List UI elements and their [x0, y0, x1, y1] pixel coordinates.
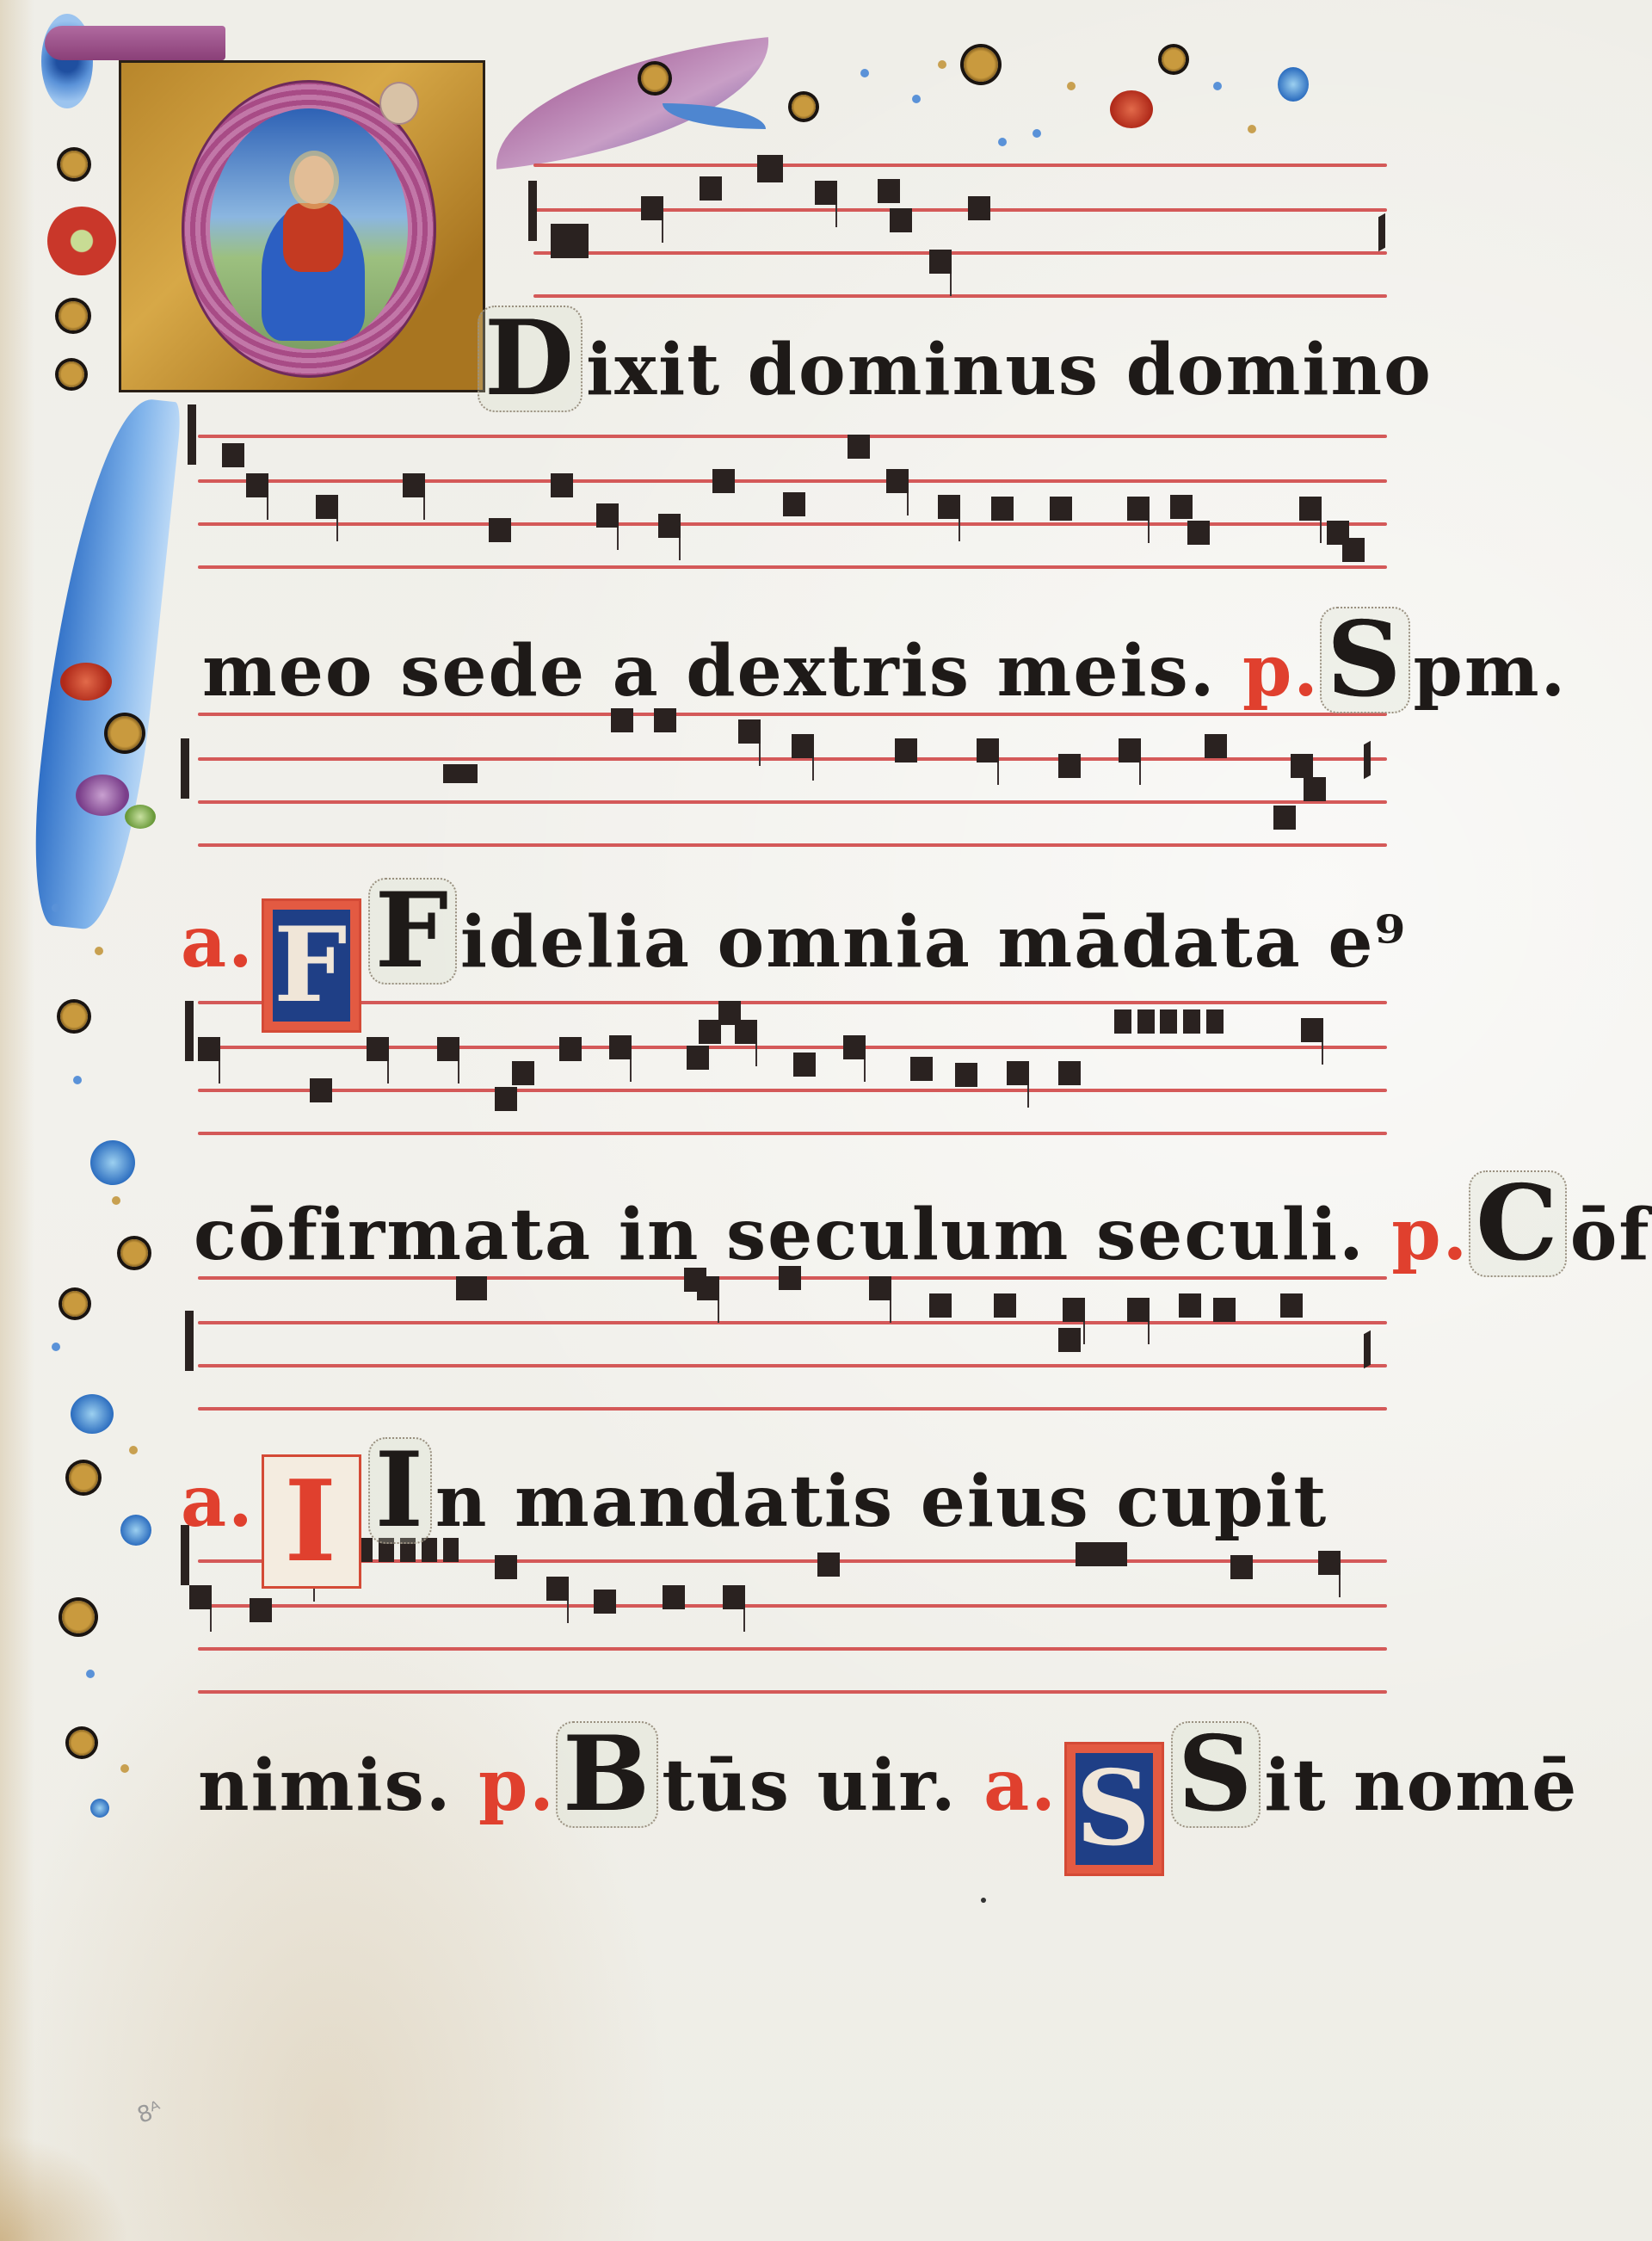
neume [700, 176, 722, 201]
god-the-father-face [379, 82, 419, 125]
neume [658, 514, 681, 538]
neume [198, 1037, 220, 1061]
cadel-initial: D [478, 306, 583, 412]
neume [551, 473, 573, 497]
gold-floret [112, 1196, 120, 1205]
music-staff-1 [533, 164, 1387, 301]
blue-floret [1032, 129, 1041, 138]
gold-bezant-ornament [60, 1003, 88, 1030]
neume [443, 764, 478, 783]
blue-green-bud-ornament [1278, 67, 1309, 102]
neume [189, 1585, 212, 1609]
neume [869, 1276, 891, 1300]
latin-text: tūs uir. [662, 1744, 957, 1827]
neume [1179, 1293, 1201, 1318]
latin-text: cōfirmata in seculum seculi. [194, 1194, 1365, 1276]
neume [310, 1078, 332, 1102]
christ-tunic [283, 203, 343, 272]
neume [1280, 1293, 1303, 1318]
red-rose-ornament [47, 207, 116, 275]
neume [1213, 1298, 1236, 1322]
neume [246, 473, 268, 497]
neume [1291, 754, 1313, 778]
neume [697, 1276, 719, 1300]
latin-text: idelia omnia mādata e⁹ [460, 901, 1408, 984]
gold-bezant-ornament [108, 716, 142, 750]
blue-floret [998, 138, 1007, 146]
cadel-initial: I [368, 1437, 432, 1544]
blue-floret [86, 1670, 95, 1678]
neume [250, 1598, 272, 1622]
neume [757, 155, 783, 182]
gold-floret [1248, 125, 1256, 133]
latin-text: ixit dominus domino [586, 329, 1433, 411]
neume [955, 1063, 977, 1087]
historiated-initial-d [119, 60, 485, 392]
gold-bezant-ornament [69, 1730, 95, 1756]
neume [559, 1037, 582, 1061]
neume [1007, 1061, 1029, 1085]
neume [1063, 1298, 1085, 1322]
blue-globe-ornament [90, 1140, 135, 1185]
blue-floret [912, 95, 921, 103]
neume [222, 443, 244, 467]
red-blue-fruit-ornament [1110, 90, 1153, 128]
latin-text: nimis. [198, 1744, 452, 1827]
rubric-antiphon-marker: a. [181, 901, 255, 984]
neume [793, 1053, 816, 1077]
neume [910, 1057, 933, 1081]
neume [687, 1046, 709, 1070]
gold-bezant-ornament [964, 47, 998, 82]
cadel-initial: S [1171, 1721, 1261, 1828]
neume [929, 250, 952, 274]
text-line-6: nimis. p.Btūs uir. a.SSit nomē [198, 1721, 1578, 1876]
c-clef [185, 1311, 194, 1371]
neume [938, 495, 960, 519]
leaf-edge-shadow [0, 0, 34, 2241]
gold-floret [938, 60, 946, 69]
water-stain [0, 2134, 129, 2241]
gold-bezant-ornament [62, 1601, 95, 1633]
christ-head-halo [294, 156, 334, 204]
gold-bezant-ornament [62, 1291, 88, 1317]
neume [1342, 538, 1365, 562]
neume [1119, 738, 1141, 762]
neume [815, 181, 837, 205]
neume [316, 495, 338, 519]
neume [723, 1585, 745, 1609]
blue-floret [1213, 82, 1222, 90]
gold-bezant-ornament [1162, 47, 1186, 71]
gold-floret [1067, 82, 1076, 90]
green-bud-ornament [125, 805, 156, 829]
neume [1127, 1298, 1150, 1322]
rubric-antiphon-marker: a. [181, 1460, 255, 1543]
neume [843, 1035, 866, 1059]
neume [489, 518, 511, 542]
music-staff-3 [198, 713, 1387, 850]
horn-ornament [45, 26, 225, 60]
blue-floret [52, 1343, 60, 1351]
neume [886, 469, 909, 493]
text-line-3: a.FFidelia omnia mādata e⁹ [181, 878, 1407, 1033]
cadel-initial: B [556, 1721, 658, 1828]
music-staff-2 [198, 435, 1387, 572]
neume [878, 179, 900, 203]
puzzle-initial-f: F [262, 898, 361, 1033]
custos [1364, 741, 1371, 780]
rubric-psalm-marker: p. [1242, 630, 1320, 713]
neume [1299, 497, 1322, 521]
neume [663, 1585, 685, 1609]
neume [929, 1293, 952, 1318]
penwork-initial-i: I [262, 1454, 361, 1589]
neume [367, 1037, 389, 1061]
gold-bezant-ornament [60, 151, 88, 178]
puzzle-initial-s: S [1064, 1742, 1164, 1876]
gold-floret [120, 1764, 129, 1773]
gold-bezant-ornament [69, 1463, 98, 1492]
gold-bezant-ornament [59, 361, 84, 387]
blue-floret [52, 904, 60, 912]
cadel-initial: F [368, 878, 457, 985]
purple-fruit-ornament [76, 775, 129, 816]
blue-globe-ornament [120, 1515, 151, 1546]
gold-bezant-ornament [641, 65, 669, 92]
neume [1050, 497, 1072, 521]
neume [1058, 1328, 1081, 1352]
red-fruit-ornament [60, 663, 112, 701]
blue-floret [73, 1076, 82, 1084]
neume [594, 1590, 616, 1614]
neume [641, 196, 663, 220]
custos [1378, 213, 1385, 252]
neume [994, 1293, 1016, 1318]
music-staff-5 [198, 1276, 1387, 1414]
neume [890, 208, 912, 232]
text-line-4: cōfirmata in seculum seculi. p.Cōfi. [194, 1170, 1652, 1277]
c-clef [528, 181, 537, 241]
neume [456, 1276, 487, 1300]
neume [991, 497, 1014, 521]
miniature-scene [210, 108, 408, 349]
c-clef [188, 404, 196, 465]
gold-bezant-ornament [792, 95, 816, 119]
neume [609, 1035, 632, 1059]
gold-bezant-ornament [59, 301, 88, 330]
neume [1127, 497, 1150, 521]
latin-text: pm. [1414, 630, 1568, 713]
latin-text: n mandatis eius cupit [435, 1460, 1328, 1543]
rubric-psalm-marker: p. [478, 1744, 556, 1827]
neume [1058, 754, 1081, 778]
latin-text: ōfi. [1570, 1194, 1652, 1276]
neume [551, 224, 589, 258]
neume [895, 738, 917, 762]
gold-bezant-ornament [120, 1239, 148, 1267]
c-clef [181, 738, 189, 799]
neume [495, 1087, 517, 1111]
neume [783, 492, 805, 516]
neume [1170, 495, 1193, 519]
neume [738, 719, 761, 744]
blue-floret [860, 69, 869, 77]
neume [712, 469, 735, 493]
latin-text: meo sede a dextris meis. [202, 630, 1216, 713]
neume [848, 435, 870, 459]
blue-drop-ornament [90, 1799, 109, 1818]
neume [1273, 806, 1296, 830]
cadel-initial: S [1320, 607, 1410, 713]
gold-floret [129, 1446, 138, 1454]
neume [1205, 734, 1227, 758]
neume [792, 734, 814, 758]
rubric-antiphon-marker: a. [983, 1744, 1057, 1827]
neume [596, 503, 619, 528]
neume [1304, 777, 1326, 801]
text-line-5: a.IIn mandatis eius cupit [181, 1437, 1328, 1589]
latin-text: it nomē [1264, 1744, 1578, 1827]
neume [512, 1061, 534, 1085]
custos [1364, 1330, 1371, 1369]
blue-globe-ornament [71, 1394, 114, 1434]
neume [403, 473, 425, 497]
text-line-1: Dixit dominus domino [478, 306, 1433, 412]
gold-floret [95, 947, 103, 955]
neume [977, 738, 999, 762]
text-line-2: meo sede a dextris meis. p.Spm. [202, 607, 1567, 713]
ink-fleck [981, 1898, 986, 1903]
neume [968, 196, 990, 220]
rubric-psalm-marker: p. [1391, 1194, 1469, 1276]
neume [1187, 521, 1210, 545]
neume [1058, 1061, 1081, 1085]
neume [437, 1037, 459, 1061]
cadel-initial: C [1469, 1170, 1567, 1277]
